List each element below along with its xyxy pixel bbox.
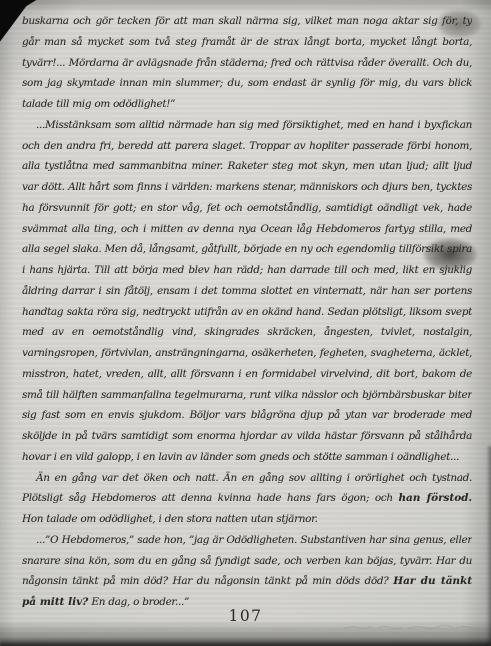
text-line: snarare sina kön, som du en gång så fynd… <box>22 551 472 572</box>
text-line: Än en gång var det öken och natt. Än en … <box>22 468 472 489</box>
text-line: åldring darrar i sin fåtölj, ensam i det… <box>22 281 472 302</box>
text-line: små till hälften sammanfallna tegelmurar… <box>22 385 472 406</box>
scan-bottom-edge <box>0 638 491 646</box>
text-line: Plötsligt såg Hebdomeros att denna kvinn… <box>22 488 472 509</box>
text-line: var dött. Allt hårt som finns i världen:… <box>22 177 472 198</box>
text-line: talade till mig om odödlighet!” <box>22 94 472 115</box>
text-line: svämmat alla ting, och i mitten av denna… <box>22 219 472 240</box>
text-line: tyvärr!... Mördarna är avlägsnade från s… <box>22 53 472 74</box>
scanned-page: buskarna och gör tecken för att man skal… <box>0 0 491 646</box>
text-line: sköljde in på tvärs samtidigt som enorma… <box>22 426 472 447</box>
text-line: misstron, hatet, vreden, allt, allt förs… <box>22 364 472 385</box>
text-line: och den andra fri, beredd att parera sla… <box>22 136 472 157</box>
text-line: alla segel slaka. Men då, långsamt, gåtf… <box>22 239 472 260</box>
text-line: med av en oemotståndlig vind, skingrades… <box>22 322 472 343</box>
page-number: 107 <box>0 607 491 625</box>
text-line: buskarna och gör tecken för att man skal… <box>22 11 472 32</box>
text-line: ...Misstänksam som alltid närmade han si… <box>22 115 472 136</box>
text-line: ...”O Hebdomeros,” sade hon, ”jag är Odö… <box>22 530 472 551</box>
text-line: någonsin tänkt på min död? Har du någons… <box>22 571 472 592</box>
text-line: sig fast som en envis sjukdom. Böljor va… <box>22 405 472 426</box>
text-line: Hon talade om odödlighet, i den stora na… <box>22 509 472 530</box>
text-line: går man så mycket som två steg framåt är… <box>22 32 472 53</box>
text-line: som jag skymtade innan min slummer; du, … <box>22 73 472 94</box>
page-text-block: buskarna och gör tecken för att man skal… <box>22 11 472 613</box>
text-line: varningsropen, förtvivlan, ansträngninga… <box>22 343 472 364</box>
text-line: hovar i en vild galopp, i en lavin av lä… <box>22 447 472 468</box>
text-line: handtag sakta röra sig, nedtryckt utifrå… <box>22 302 472 323</box>
text-line: alla tystlåtna med sammanbitna miner. Ra… <box>22 156 472 177</box>
text-line: i hans hjärta. Till att börja med blev h… <box>22 260 472 281</box>
text-line: ha försvunnit för gott; en stor våg, fet… <box>22 198 472 219</box>
